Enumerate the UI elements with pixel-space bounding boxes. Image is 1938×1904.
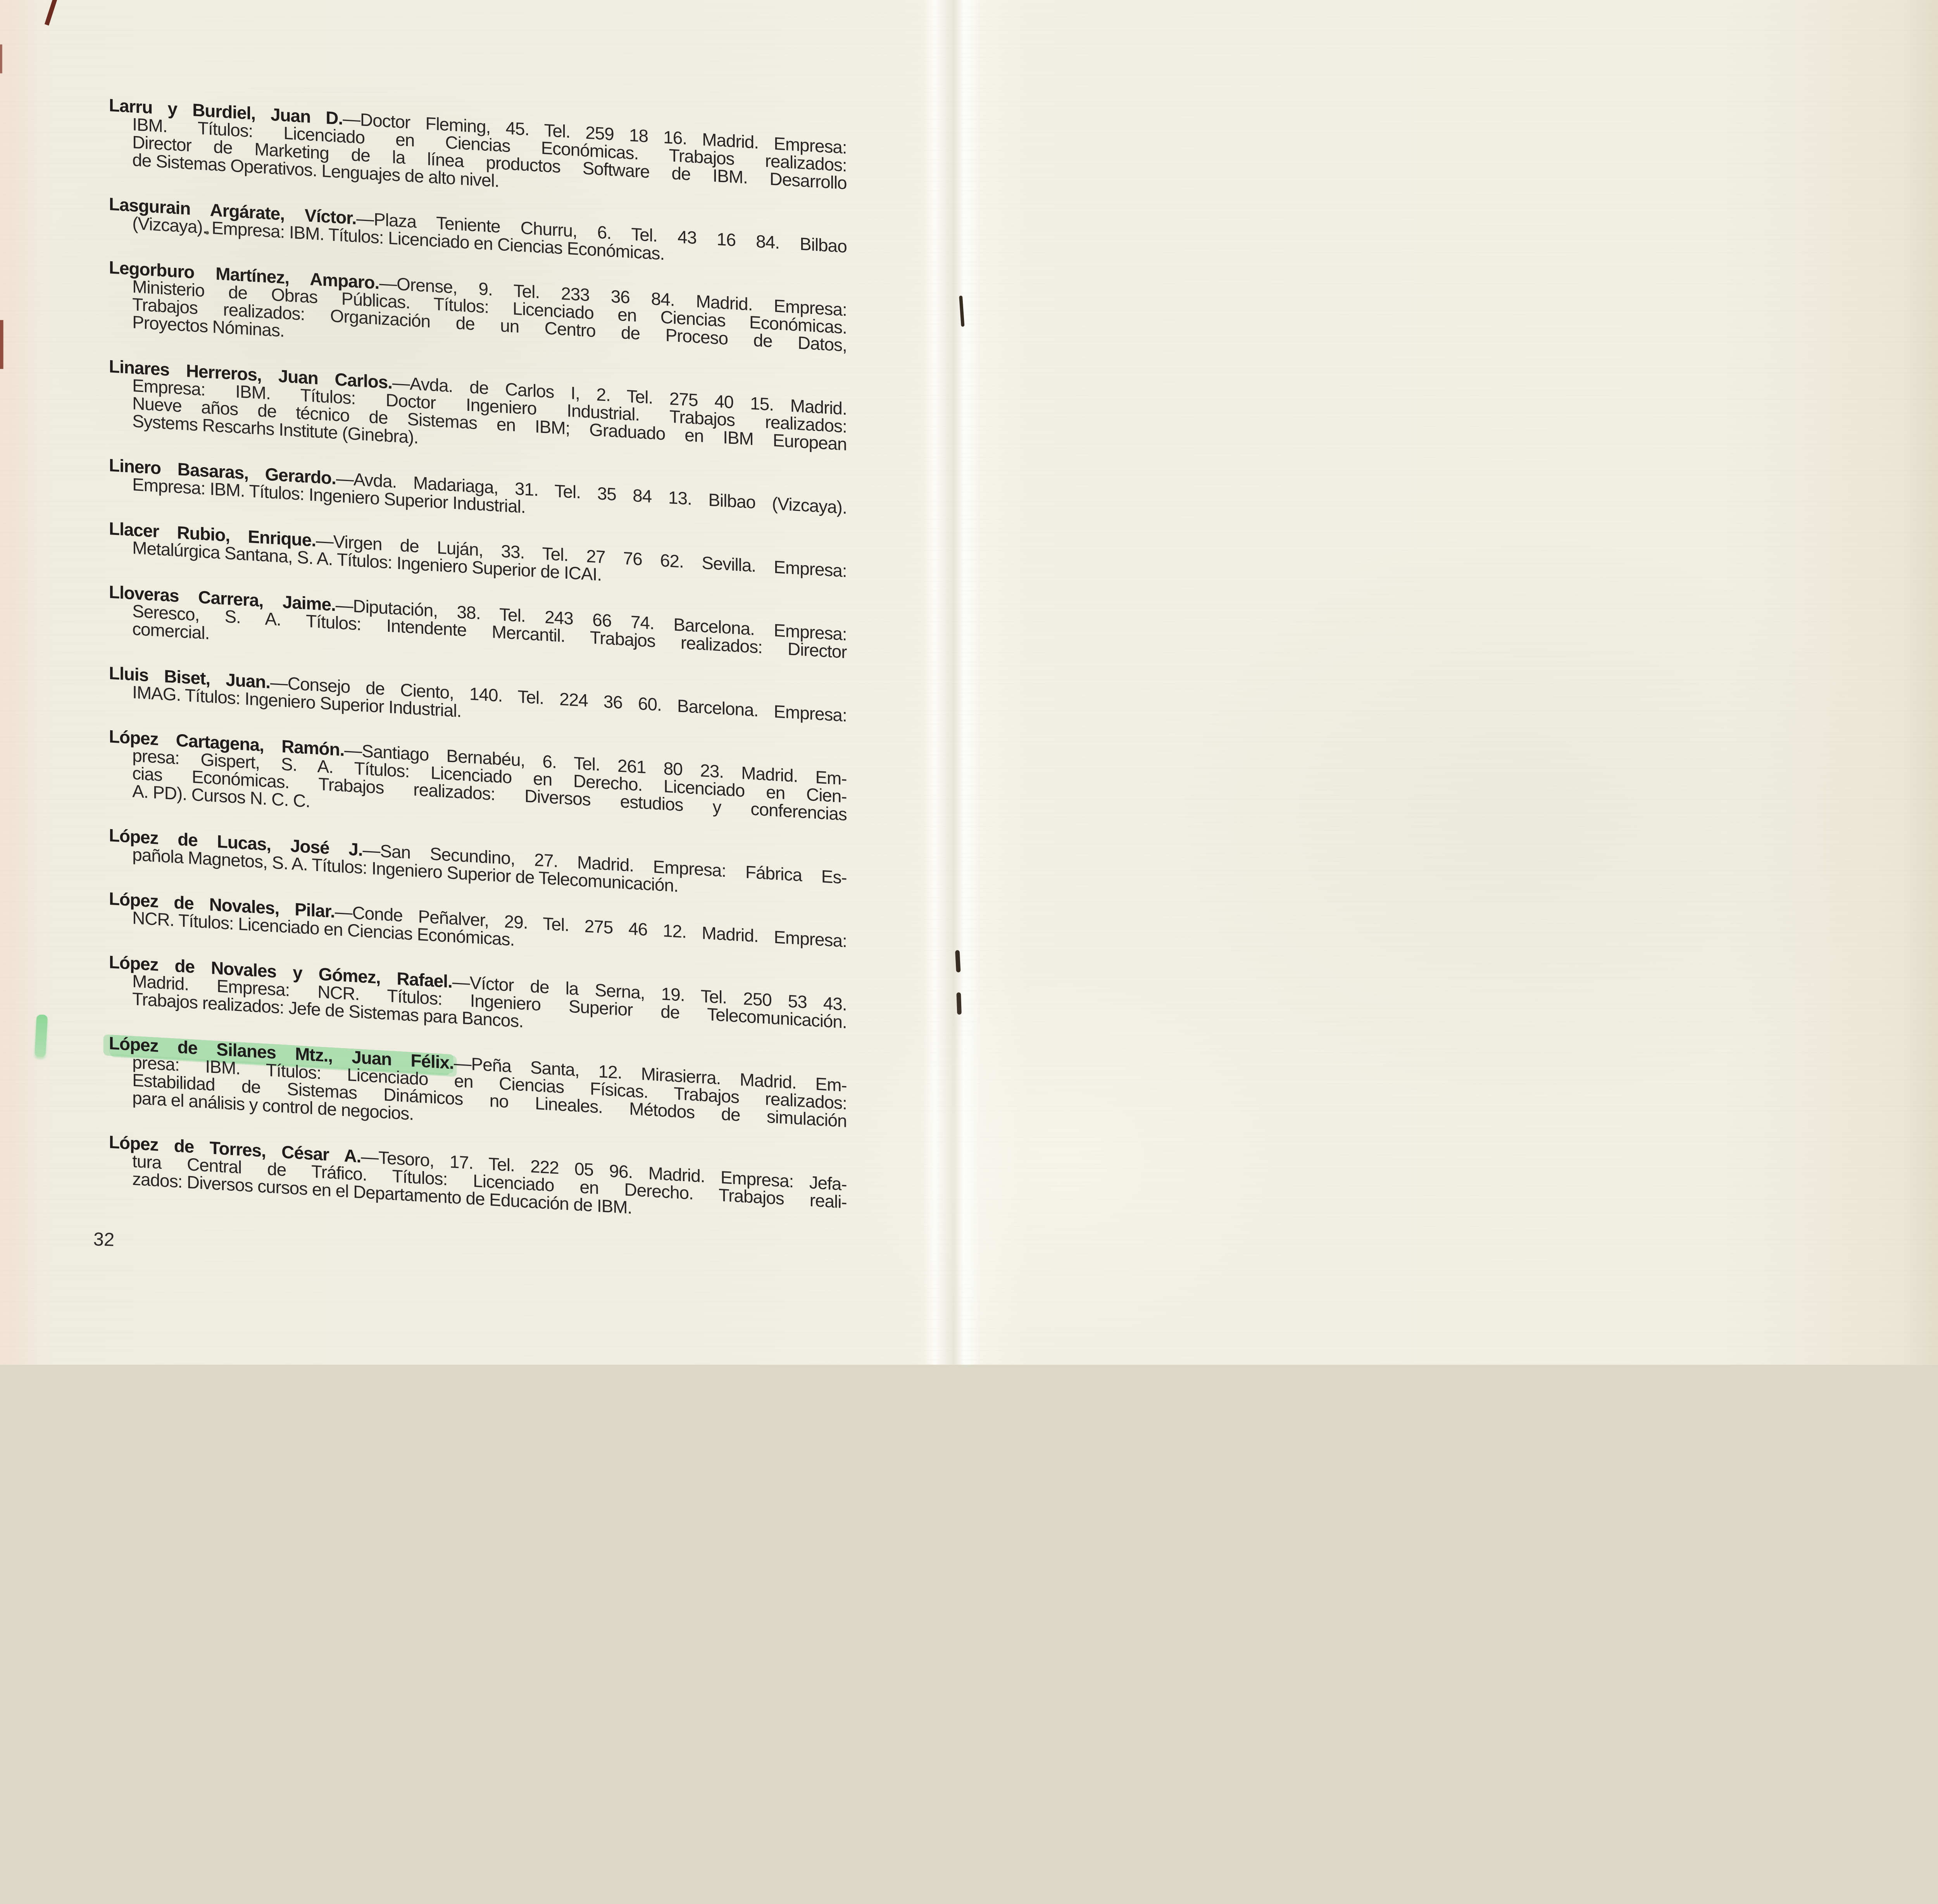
directory-entry: Lloveras Carrera, Jaime.—Diputación, 38.… [109, 585, 847, 680]
directory-entry: Lasgurain Argárate, Víctor.—Plaza Tenien… [109, 197, 847, 275]
directory-entry: Linares Herreros, Juan Carlos.—Avda. de … [109, 359, 847, 473]
directory-entry: López Cartagena, Ramón.—Santiago Bernabé… [109, 729, 847, 843]
staple-mark [956, 992, 961, 1015]
page-number-left: 32 [93, 1229, 115, 1252]
directory-entry: Larru y Burdiel, Juan D.—Doctor Fleming,… [109, 98, 847, 211]
directory-entry: Llacer Rubio, Enrique.—Virgen de Luján, … [109, 521, 847, 600]
book-scan: Larru y Burdiel, Juan D.—Doctor Fleming,… [0, 0, 1938, 1365]
entry-text: comercial. [132, 620, 209, 643]
directory-entry: López de Torres, César A.—Tesoro, 17. Te… [109, 1135, 847, 1230]
directory-entry: Lluis Biset, Juan.—Consejo de Ciento, 14… [109, 666, 847, 744]
directory-entry: López de Silanes Mtz., Juan Félix.—Peña … [109, 1036, 847, 1149]
directory-entry: López de Lucas, José J.—San Secundino, 2… [109, 828, 847, 906]
directory-entry: López de Novales y Gómez, Rafael.—Víctor… [109, 955, 847, 1050]
highlighter-margin-mark [34, 1014, 48, 1057]
directory-entry: Linero Basaras, Gerardo.—Avda. Madariaga… [109, 458, 847, 536]
page-edge-left [0, 0, 53, 1365]
directory-entry: López de Novales, Pilar.—Conde Peñalver,… [109, 891, 847, 969]
red-ink-mark [0, 45, 2, 74]
red-ink-mark [45, 0, 58, 26]
directory-entry: Legorburo Martínez, Amparo.—Orense, 9. T… [109, 260, 847, 374]
page-right: López García-Fresca, Ramón M.—Plaza Mano… [969, 0, 1938, 1365]
red-ink-mark [0, 320, 3, 369]
text-column-left: Larru y Burdiel, Juan D.—Doctor Fleming,… [109, 98, 847, 1258]
page-left: Larru y Burdiel, Juan D.—Doctor Fleming,… [0, 0, 969, 1365]
